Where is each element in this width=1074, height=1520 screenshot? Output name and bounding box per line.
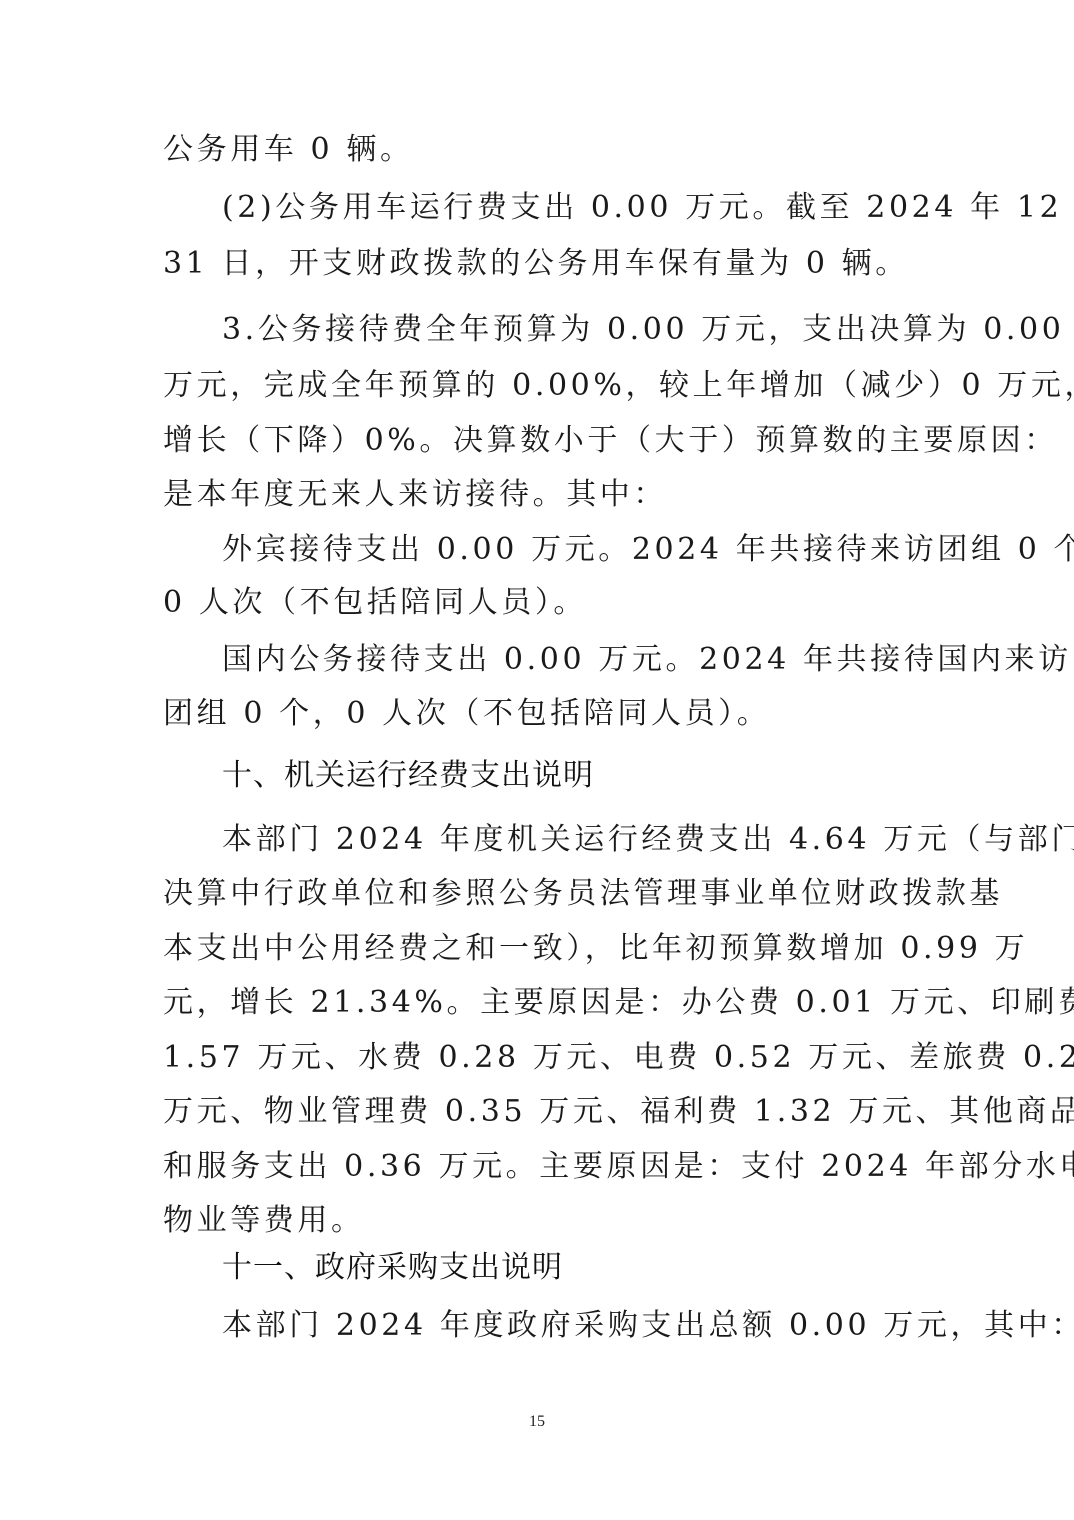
paragraph-line: 1.57 万元、水费 0.28 万元、电费 0.52 万元、差旅费 0.23 <box>163 1038 911 1078</box>
paragraph-line: 本部门 2024 年度机关运行经费支出 4.64 万元（与部门 <box>222 820 911 860</box>
paragraph-line: 万元，完成全年预算的 0.00%，较上年增加（减少）0 万元， <box>163 366 911 406</box>
paragraph-line: 本部门 2024 年度政府采购支出总额 0.00 万元，其中： <box>222 1306 911 1346</box>
section-heading-10: 十、机关运行经费支出说明 <box>222 756 594 796</box>
paragraph-line: 是本年度无来人来访接待。其中： <box>163 475 911 515</box>
paragraph-line: 本支出中公用经费之和一致），比年初预算数增加 0.99 万 <box>163 929 911 969</box>
paragraph-line: 万元、物业管理费 0.35 万元、福利费 1.32 万元、其他商品 <box>163 1092 911 1132</box>
paragraph-line: 和服务支出 0.36 万元。主要原因是：支付 2024 年部分水电 <box>163 1147 911 1187</box>
paragraph-line: 31 日，开支财政拨款的公务用车保有量为 0 辆。 <box>163 244 911 284</box>
paragraph-line: 3.公务接待费全年预算为 0.00 万元，支出决算为 0.00 <box>222 310 911 350</box>
paragraph-line: 团组 0 个，0 人次（不包括陪同人员）。 <box>163 694 911 734</box>
paragraph-line: 0 人次（不包括陪同人员）。 <box>163 583 911 623</box>
paragraph-line: (2)公务用车运行费支出 0.00 万元。截至 2024 年 12 月 <box>222 188 911 228</box>
paragraph-line: 物业等费用。 <box>163 1201 911 1241</box>
paragraph-line: 国内公务接待支出 0.00 万元。2024 年共接待国内来访 <box>222 640 911 680</box>
paragraph-line: 决算中行政单位和参照公务员法管理事业单位财政拨款基 <box>163 874 911 914</box>
document-page: 公务用车 0 辆。 (2)公务用车运行费支出 0.00 万元。截至 2024 年… <box>0 0 1074 1520</box>
paragraph-line: 公务用车 0 辆。 <box>163 130 911 170</box>
section-heading-11: 十一、政府采购支出说明 <box>222 1248 563 1288</box>
paragraph-line: 外宾接待支出 0.00 万元。2024 年共接待来访团组 0 个， <box>222 530 911 570</box>
paragraph-line: 增长（下降）0%。决算数小于（大于）预算数的主要原因： <box>163 421 911 461</box>
page-number: 15 <box>0 1412 1074 1432</box>
paragraph-line: 元，增长 21.34%。主要原因是：办公费 0.01 万元、印刷费 <box>163 983 911 1023</box>
